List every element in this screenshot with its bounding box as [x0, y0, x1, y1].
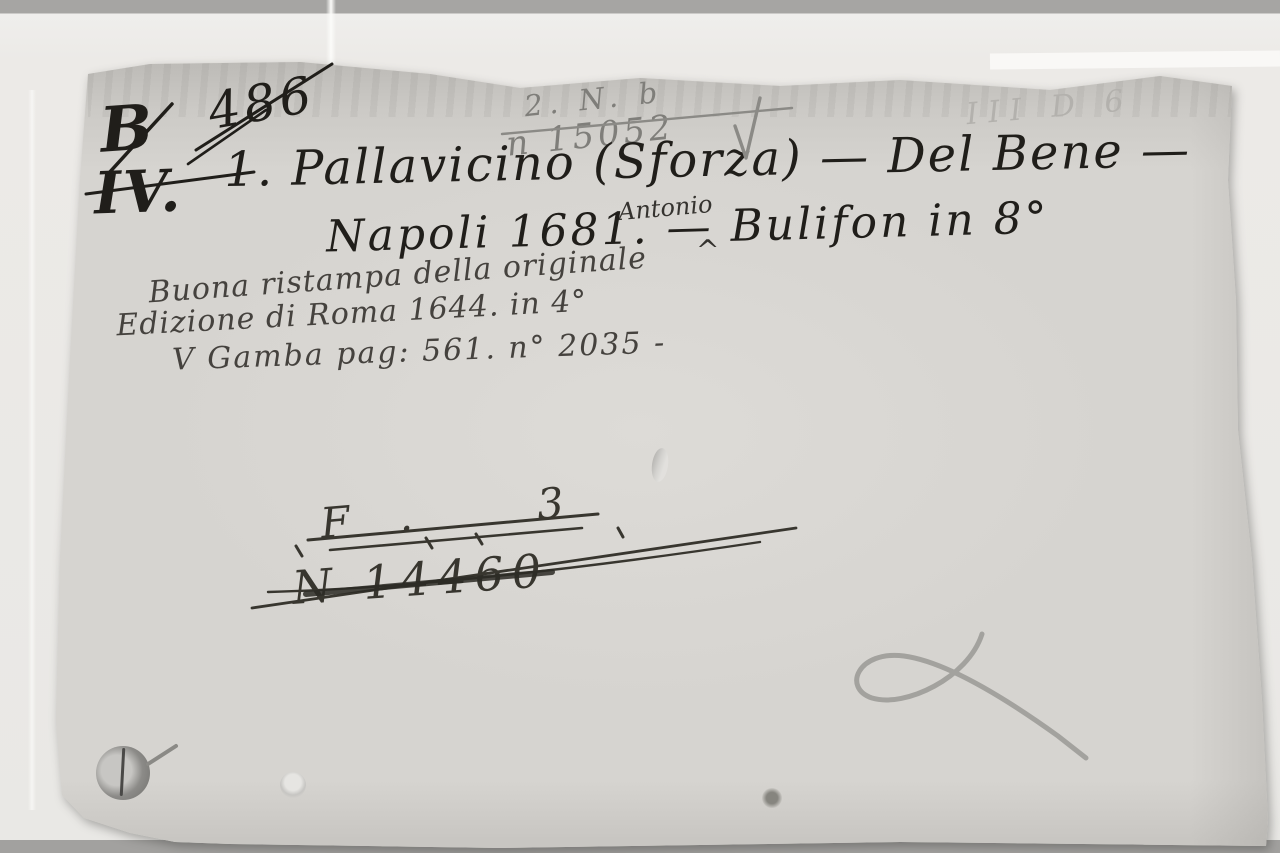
cancelled-scribble-2: N 14460	[290, 543, 550, 615]
paper-blemish	[650, 447, 671, 483]
shelf-mark-letter: B	[98, 90, 155, 166]
shelf-mark-roman: IV.	[93, 156, 184, 227]
faint-hole	[280, 772, 306, 798]
index-card: B IV. 486 2. N. b n 15052 III D 6 1. Pal…	[0, 0, 1280, 853]
ink-spot	[762, 788, 782, 808]
cancelled-scribble-1: F. 3	[318, 473, 621, 548]
scanned-document: B IV. 486 2. N. b n 15052 III D 6 1. Pal…	[0, 0, 1280, 853]
imprint-line: Napoli 1681. — Bulifon in 8°	[325, 193, 1050, 263]
title-line: 1. Pallavicino (Sforza) — Del Bene —	[224, 122, 1192, 198]
torn-edge-right	[1190, 80, 1270, 846]
index-card-wrapper: B IV. 486 2. N. b n 15052 III D 6 1. Pal…	[0, 0, 1280, 853]
